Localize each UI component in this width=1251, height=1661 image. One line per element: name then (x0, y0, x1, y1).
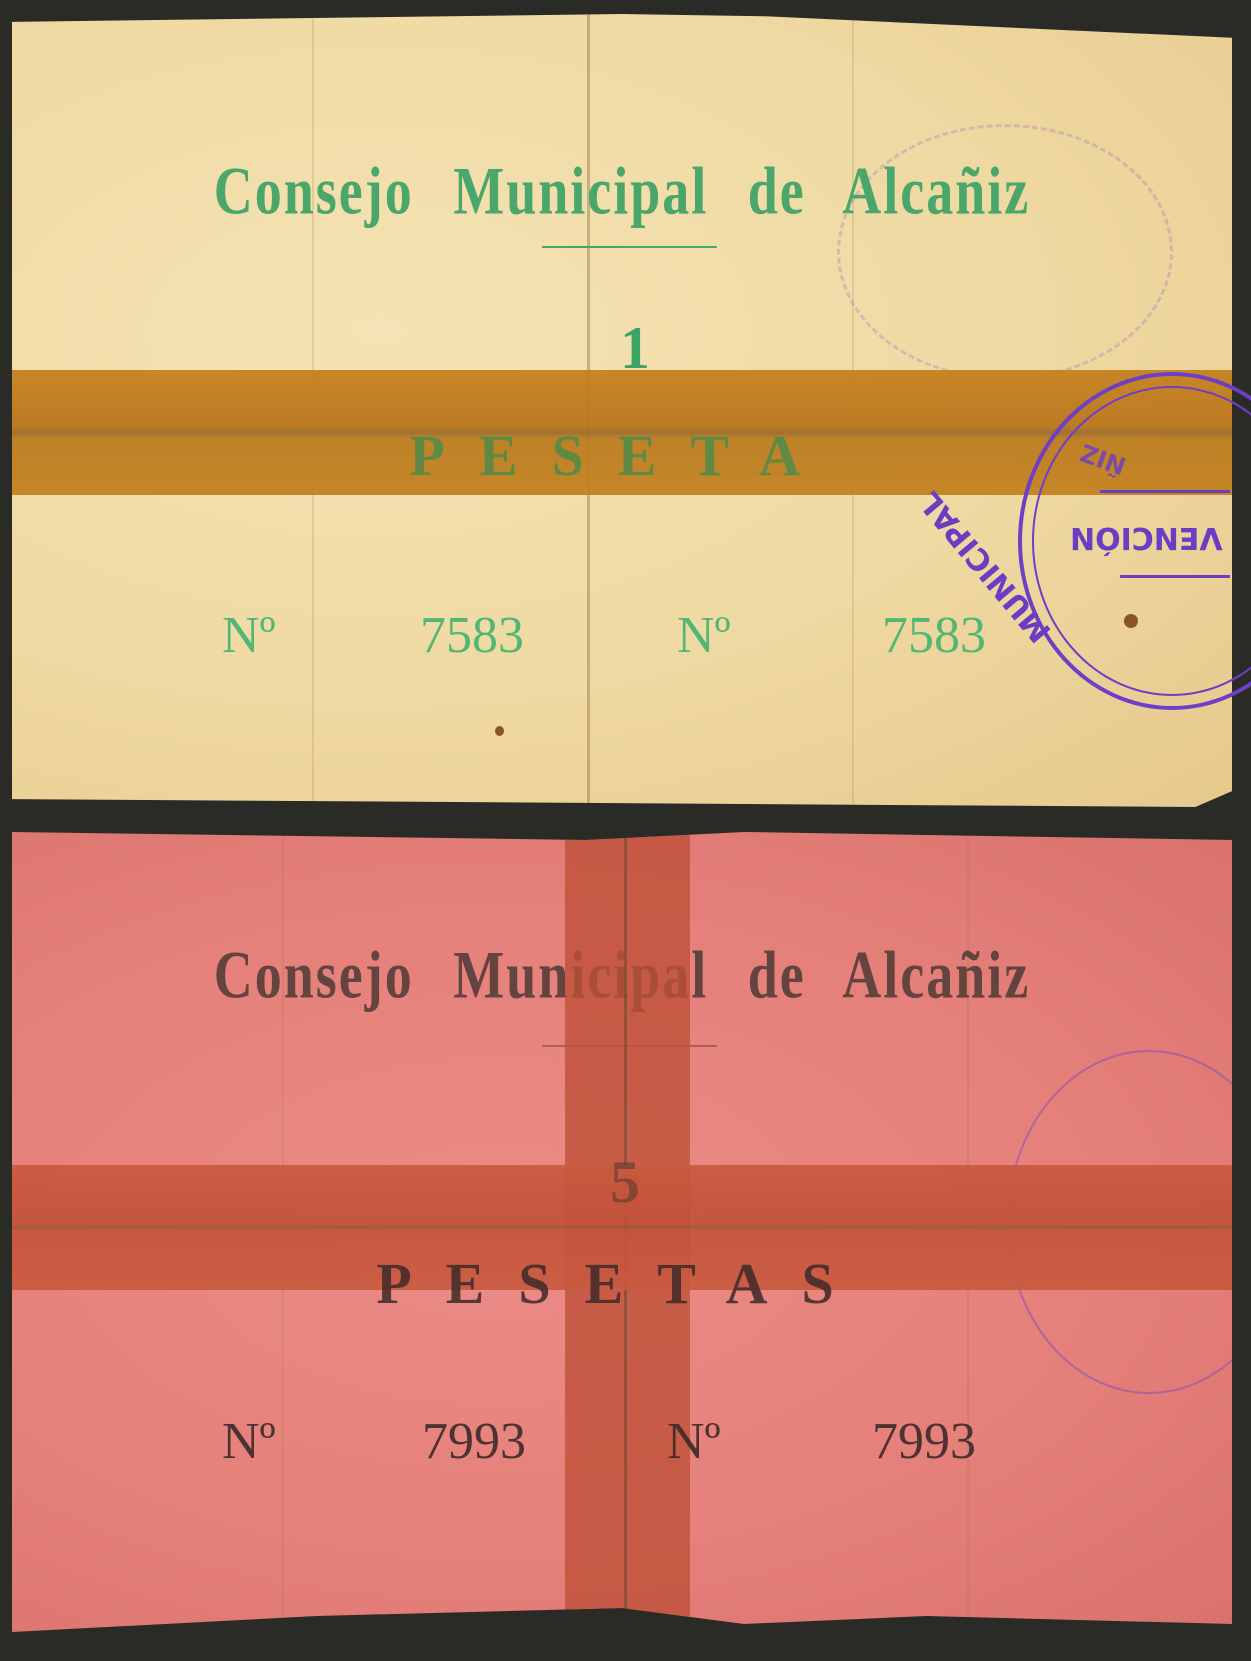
currency-unit: PESETAS (12, 1250, 1232, 1317)
serial-label-left: Nº (222, 1412, 276, 1471)
banknote-1-peseta: Consejo Municipal de Alcañiz 1 PESETA Nº… (12, 14, 1232, 807)
denomination-value: 5 (610, 1148, 640, 1217)
serial-label-right: Nº (677, 606, 731, 665)
stamp-text-top: VENCIÓN (1070, 520, 1223, 555)
issuer-title: Consejo Municipal de Alcañiz (12, 152, 1232, 230)
serial-label-left: Nº (222, 606, 276, 665)
stamp-rule (1100, 490, 1230, 493)
serial-label-right: Nº (667, 1412, 721, 1471)
serial-number-right: 7583 (882, 606, 986, 665)
serial-number-left: 7993 (422, 1412, 526, 1471)
serial-number-left: 7583 (420, 606, 524, 665)
serial-number-right: 7993 (872, 1412, 976, 1471)
banknote-5-pesetas: Consejo Municipal de Alcañiz 5 PESETAS N… (12, 832, 1232, 1632)
stain-spot (495, 726, 504, 736)
title-underline (542, 246, 717, 248)
stamp-rule (1120, 575, 1230, 578)
